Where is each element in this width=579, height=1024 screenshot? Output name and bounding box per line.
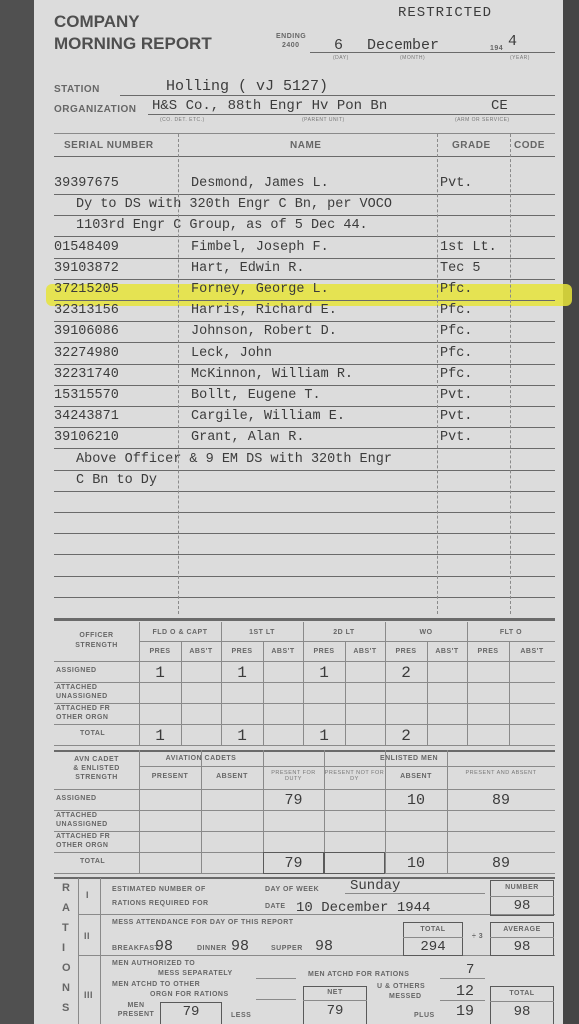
grade: Pfc. [440,324,472,339]
row-rule [54,215,555,216]
grade: 1st Lt. [440,240,497,255]
value-underline [440,1000,485,1001]
row-label: ASSIGNED [56,667,97,674]
value-underline [440,978,485,979]
serial-number: 39106086 [54,324,119,339]
report-year-suffix: 4 [508,33,517,50]
abst-header: ABS'T [263,648,303,655]
column-header-grade: GRADE [452,140,491,151]
officer-group-header: 1ST LT [221,629,303,636]
day-underline [345,893,485,894]
table-row: 01548409Fimbel, Joseph F.1st Lt. [54,240,555,260]
form-title-line2: MORNING REPORT [54,34,212,54]
rations-side-letter: O [62,962,71,974]
section-number: III [84,990,93,1000]
grade: Pfc. [440,367,472,382]
blank-rule [54,576,555,577]
column-header-code: CODE [514,140,545,151]
auth-separately-label: MEN AUTHORIZED TO [112,960,195,967]
others-messed-label: MESSED [389,993,422,1000]
row-rule [54,364,555,365]
plus-label: PLUS [414,1012,435,1019]
serial-number: 15315570 [54,388,119,403]
rations-side-letter: N [62,982,70,994]
org-caption-parent: (PARENT UNIT) [302,117,345,123]
plus-value: 19 [456,1003,474,1020]
grid-divider [509,642,510,745]
row-rule [54,300,555,301]
section-rule [54,877,555,879]
column-divider [510,134,511,614]
person-name: Johnson, Robert D. [191,324,337,339]
divide-by-label: ÷ 3 [472,933,483,940]
atchd-rations-label: MEN ATCHD FOR RATIONS [308,971,409,978]
enlisted-men-header: ENLISTED MEN [263,755,555,762]
blank-rule [54,533,555,534]
men-present-label: PRESENT [112,1011,160,1018]
section-rule [54,619,555,621]
grid-rule [54,682,555,683]
ending-time-label: 2400 [282,42,300,49]
grid-rule [54,831,555,832]
box-divider [303,1000,367,1001]
supper-value: 98 [315,938,333,955]
rations-side-letter: S [62,1002,69,1014]
day-of-week-value: Sunday [350,878,400,894]
serial-number: 32231740 [54,367,119,382]
date-underline [290,914,485,915]
total-label: TOTAL [403,926,463,933]
enlisted-count: 89 [447,792,555,809]
year-caption: (YEAR) [510,55,530,61]
officer-group-header: FLT O [467,629,555,636]
organization-underline [148,114,555,115]
enlisted-count: 10 [385,792,447,809]
supper-label: SUPPER [271,945,303,952]
officer-count: 1 [221,664,263,682]
remark-line: Above Officer & 9 EM DS with 320th Engr [54,452,555,472]
officer-count: 2 [385,727,427,745]
row-rule [54,236,555,237]
dinner-label: DINNER [197,945,227,952]
box-divider [490,1001,554,1002]
total-present-box [263,852,324,874]
org-caption-arm: (ARM OR SERVICE) [455,117,510,123]
blank-underline [256,999,296,1000]
table-row: 39106210Grant, Alan R.Pvt. [54,430,555,450]
serial-number: 01548409 [54,240,119,255]
officer-count: 2 [385,664,427,682]
row-rule [54,258,555,259]
grade: Pfc. [440,303,472,318]
form-title-line1: COMPANY [54,12,140,32]
rations-side-letter: R [62,882,70,894]
enlisted-column-header: ABSENT [201,773,263,780]
organization-value: H&S Co., 88th Engr Hv Pon Bn [152,98,387,114]
serial-number: 32313156 [54,303,119,318]
others-messed-value: 12 [456,983,474,1000]
person-name: Bollt, Eugene T. [191,388,321,403]
org-caption-company: (CO. DET. ETC.) [160,117,205,123]
section-rule [54,750,555,752]
atchd-rations-value: 7 [466,962,474,978]
enlisted-strength-title: STRENGTH [54,774,139,781]
auth-separately-label: MESS SEPARATELY [158,970,233,977]
box-divider [490,896,554,897]
rations-side-letter: I [62,942,65,954]
grid-rule [54,661,555,662]
column-header-serial: SERIAL NUMBER [64,140,154,151]
column-divider [178,134,179,614]
pres-header: PRES [221,648,263,655]
roster-header-rule [54,156,555,157]
less-label: LESS [231,1012,251,1019]
enlisted-column-header: PRESENT NOT FOR DY [324,770,385,782]
enlisted-column-header: ABSENT [385,773,447,780]
year-prefix: 194 [490,45,503,52]
rations-estimate-label: RATIONS REQUIRED FOR [112,900,209,907]
ration-total-value: 98 [490,1004,554,1020]
grid-divider [181,642,182,745]
serial-number: 32274980 [54,346,119,361]
enlisted-strength-title: & ENLISTED [54,765,139,772]
row-rule [54,470,555,471]
enlisted-column-header: PRESENT FOR DUTY [263,770,324,782]
enlisted-count: 79 [263,792,324,809]
grade: Tec 5 [440,261,481,276]
scan-border-left [0,0,34,1024]
officer-count: 1 [303,727,345,745]
table-row: 37215205Forney, George L.Pfc. [54,282,555,302]
row-rule [54,427,555,428]
person-name: Hart, Edwin R. [191,261,304,276]
organization-label: ORGANIZATION [54,104,136,115]
grid-divider [345,642,346,745]
grade: Pfc. [440,282,472,297]
abst-header: ABS'T [345,648,385,655]
station-label: STATION [54,84,100,95]
enlisted-column-header: PRESENT AND ABSENT [447,770,555,776]
day-caption: (DAY) [333,55,349,61]
total-present-nfd-box [324,852,385,874]
date-label: DATE [265,903,286,910]
row-label: ATTACHED FR [56,705,110,712]
remark-line: C Bn to Dy [54,473,555,493]
blank-rule [54,512,555,513]
pres-header: PRES [467,648,509,655]
pres-header: PRES [385,648,427,655]
ending-label: ENDING [276,33,306,40]
scan-border-right [563,0,579,1024]
average-label: AVERAGE [490,926,554,933]
remark-text: Above Officer & 9 EM DS with 320th Engr [76,452,392,467]
row-rule [54,385,555,386]
remark-line: 1103rd Engr C Group, as of 5 Dec 44. [54,218,555,238]
row-rule [54,321,555,322]
officer-count: 1 [221,727,263,745]
table-row: 39397675Desmond, James L.Pvt. [54,176,555,196]
rations-divider [100,878,101,1024]
officer-count: 1 [303,664,345,682]
rations-side-letter: A [62,902,70,914]
remark-line: Dy to DS with 320th Engr C Bn, per VOCO [54,197,555,217]
remark-text: 1103rd Engr C Group, as of 5 Dec 44. [76,218,368,233]
row-label: ATTACHED [56,812,97,819]
date-underline [310,52,555,53]
serial-number: 34243871 [54,409,119,424]
row-rule [54,491,555,492]
men-present-label: MEN [112,1002,160,1009]
net-label: NET [303,989,367,996]
row-rule [54,194,555,195]
station-value: Holling ( vJ 5127) [166,78,328,95]
serial-number: 39106210 [54,430,119,445]
grid-divider [427,642,428,745]
arm-service-value: CE [491,98,508,114]
row-label: TOTAL [80,858,105,865]
box-divider [403,937,463,938]
men-present-value: 79 [160,1004,222,1020]
person-name: Grant, Alan R. [191,430,304,445]
pres-header: PRES [139,648,181,655]
table-row: 39103872Hart, Edwin R.Tec 5 [54,261,555,281]
enlisted-count: 89 [447,855,555,872]
grid-rule [139,641,555,642]
row-label: ATTACHED FR [56,833,110,840]
person-name: Cargile, William E. [191,409,345,424]
table-row: 39106086Johnson, Robert D.Pfc. [54,324,555,344]
blank-underline [256,978,296,979]
officer-group-header: FLD O & CAPT [139,629,221,636]
officer-count: 1 [139,727,181,745]
grid-divider [139,750,140,873]
serial-number: 39103872 [54,261,119,276]
station-underline [120,95,555,96]
classification-stamp: RESTRICTED [398,5,492,21]
officer-strength-title: OFFICER [54,632,139,639]
table-row: 34243871Cargile, William E.Pvt. [54,409,555,429]
table-row: 15315570Bollt, Eugene T.Pvt. [54,388,555,408]
total-value: 294 [403,939,463,955]
month-caption: (MONTH) [400,55,425,61]
grade: Pvt. [440,176,472,191]
grid-rule [54,789,555,790]
atchd-other-label: ORGN FOR RATIONS [150,991,229,998]
row-label: OTHER ORGN [56,714,108,721]
row-rule [54,448,555,449]
remark-text: C Bn to Dy [76,473,157,488]
ration-total-label: TOTAL [490,990,554,997]
box-divider [490,937,554,938]
row-rule [54,279,555,280]
abst-header: ABS'T [509,648,555,655]
mess-attendance-label: MESS ATTENDANCE FOR DAY OF THIS REPORT [112,919,294,926]
serial-number: 37215205 [54,282,119,297]
section-number: II [84,931,90,941]
grid-divider [263,642,264,745]
person-name: McKinnon, William R. [191,367,353,382]
number-label: NUMBER [490,884,554,891]
grade: Pvt. [440,430,472,445]
grade: Pfc. [440,346,472,361]
officer-group-header: 2D LT [303,629,385,636]
grid-rule [54,810,555,811]
person-name: Leck, John [191,346,272,361]
grade: Pvt. [440,409,472,424]
officer-count: 1 [139,664,181,682]
serial-number: 39397675 [54,176,119,191]
enlisted-column-header: PRESENT [139,773,201,780]
officer-strength-title: STRENGTH [54,642,139,649]
person-name: Harris, Richard E. [191,303,337,318]
row-label: TOTAL [80,730,105,737]
abst-header: ABS'T [181,648,221,655]
row-label: UNASSIGNED [56,693,108,700]
table-row: 32231740McKinnon, William R.Pfc. [54,367,555,387]
row-label: ASSIGNED [56,795,97,802]
row-rule [54,342,555,343]
row-label: ATTACHED [56,684,97,691]
atchd-other-label: MEN ATCHD TO OTHER [112,981,200,988]
section-number: I [86,890,89,900]
rations-divider [78,878,79,1024]
abst-header: ABS'T [427,648,467,655]
average-value: 98 [490,939,554,955]
person-name: Desmond, James L. [191,176,329,191]
column-divider [437,134,438,614]
row-rule [54,406,555,407]
enlisted-strength-title: AVN CADET [54,756,139,763]
rations-rule [78,955,555,956]
person-name: Fimbel, Joseph F. [191,240,329,255]
grid-divider [201,750,202,873]
grid-rule [54,703,555,704]
dinner-value: 98 [231,938,249,955]
row-label: OTHER ORGN [56,842,108,849]
table-row: 32313156Harris, Richard E.Pfc. [54,303,555,323]
pres-header: PRES [303,648,345,655]
grid-rule [54,724,555,725]
table-row: 32274980Leck, JohnPfc. [54,346,555,366]
grid-rule [54,745,555,746]
roster-top-rule [54,133,555,134]
blank-rule [54,597,555,598]
number-value: 98 [490,898,554,914]
grid-divider [467,622,468,745]
breakfast-value: 98 [155,938,173,955]
rations-side-letter: T [62,922,69,934]
enlisted-count: 10 [385,855,447,872]
day-of-week-label: DAY OF WEEK [265,886,319,893]
person-name: Forney, George L. [191,282,329,297]
others-messed-label: U & OTHERS [377,983,425,990]
row-label: UNASSIGNED [56,821,108,828]
net-value: 79 [303,1003,367,1019]
column-header-name: NAME [290,140,321,151]
breakfast-label: BREAKFAST [112,945,159,952]
grade: Pvt. [440,388,472,403]
rations-estimate-label: ESTIMATED NUMBER OF [112,886,206,893]
officer-group-header: WO [385,629,467,636]
blank-rule [54,554,555,555]
remark-text: Dy to DS with 320th Engr C Bn, per VOCO [76,197,392,212]
